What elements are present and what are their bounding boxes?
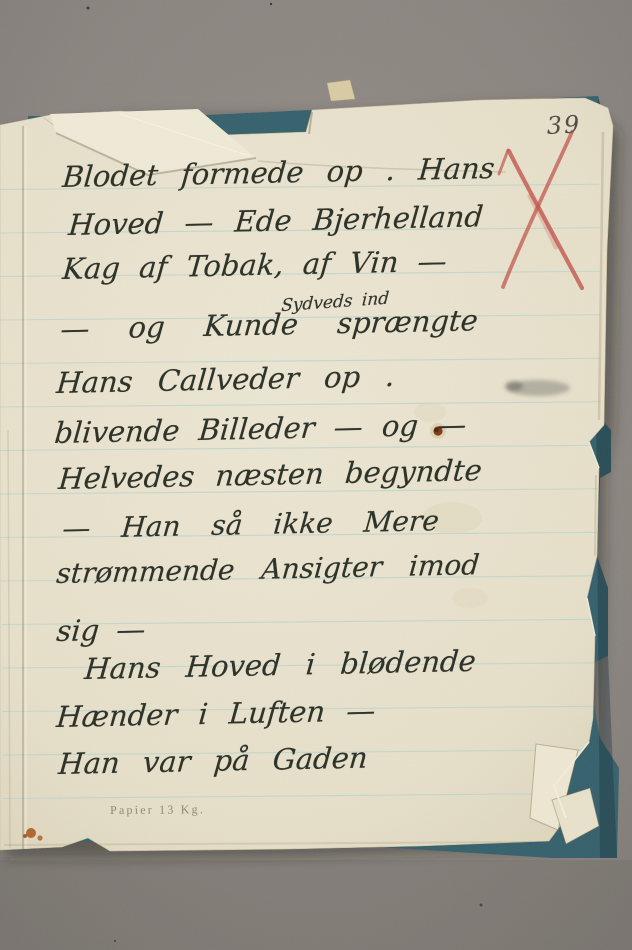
handwritten-line: sig — [55, 612, 147, 648]
page-number: 39 [546, 110, 582, 140]
paper-weight-label: Papier 13 Kg. [110, 802, 205, 818]
handwritten-line: Hænder i Luften — [55, 693, 377, 734]
handwritten-line: Han var på Gaden [57, 741, 369, 782]
manuscript-photo: 39 Blodet formede op . Hans Hoved — Ede … [0, 0, 632, 950]
handwritten-line: Hans Callveder op . [55, 359, 396, 400]
